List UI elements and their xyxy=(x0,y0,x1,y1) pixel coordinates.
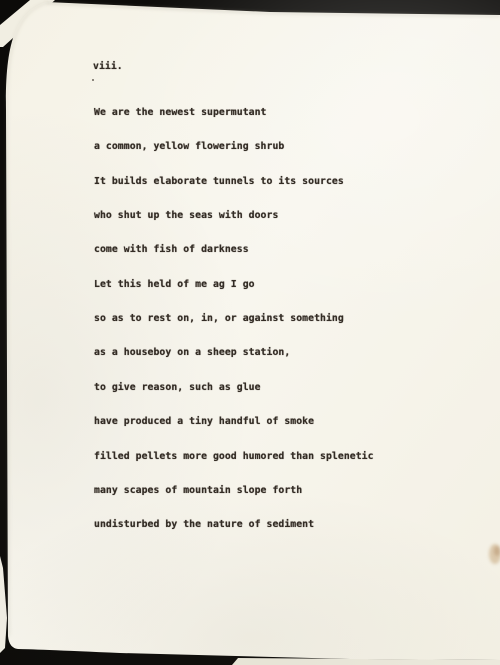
poem-line: as a houseboy on a sheep station, xyxy=(94,347,374,358)
section-number: viii. xyxy=(93,61,123,72)
poem-line: who shut up the seas with doors xyxy=(94,210,374,221)
poem-line: to give reason, such as glue xyxy=(94,382,374,393)
scanned-page: viii. We are the newest supermutant a co… xyxy=(0,0,500,665)
poem-line: Let this held of me ag I go xyxy=(94,279,374,290)
ink-speck xyxy=(92,79,94,81)
paper-stain-core xyxy=(494,546,500,556)
poem-line: undisturbed by the nature of sediment xyxy=(94,519,374,530)
poem-line: It builds elaborate tunnels to its sourc… xyxy=(94,176,374,187)
poem-line: many scapes of mountain slope forth xyxy=(94,485,374,496)
poem-line: a common, yellow flowering shrub xyxy=(94,141,374,152)
poem-line: have produced a tiny handful of smoke xyxy=(94,416,374,427)
poem-line: come with fish of darkness xyxy=(94,244,374,255)
poem-body: We are the newest supermutant a common, … xyxy=(94,84,374,554)
poem-line: filled pellets more good humored than sp… xyxy=(94,451,374,462)
poem-line: so as to rest on, in, or against somethi… xyxy=(94,313,374,324)
poem-line: We are the newest supermutant xyxy=(94,107,374,118)
